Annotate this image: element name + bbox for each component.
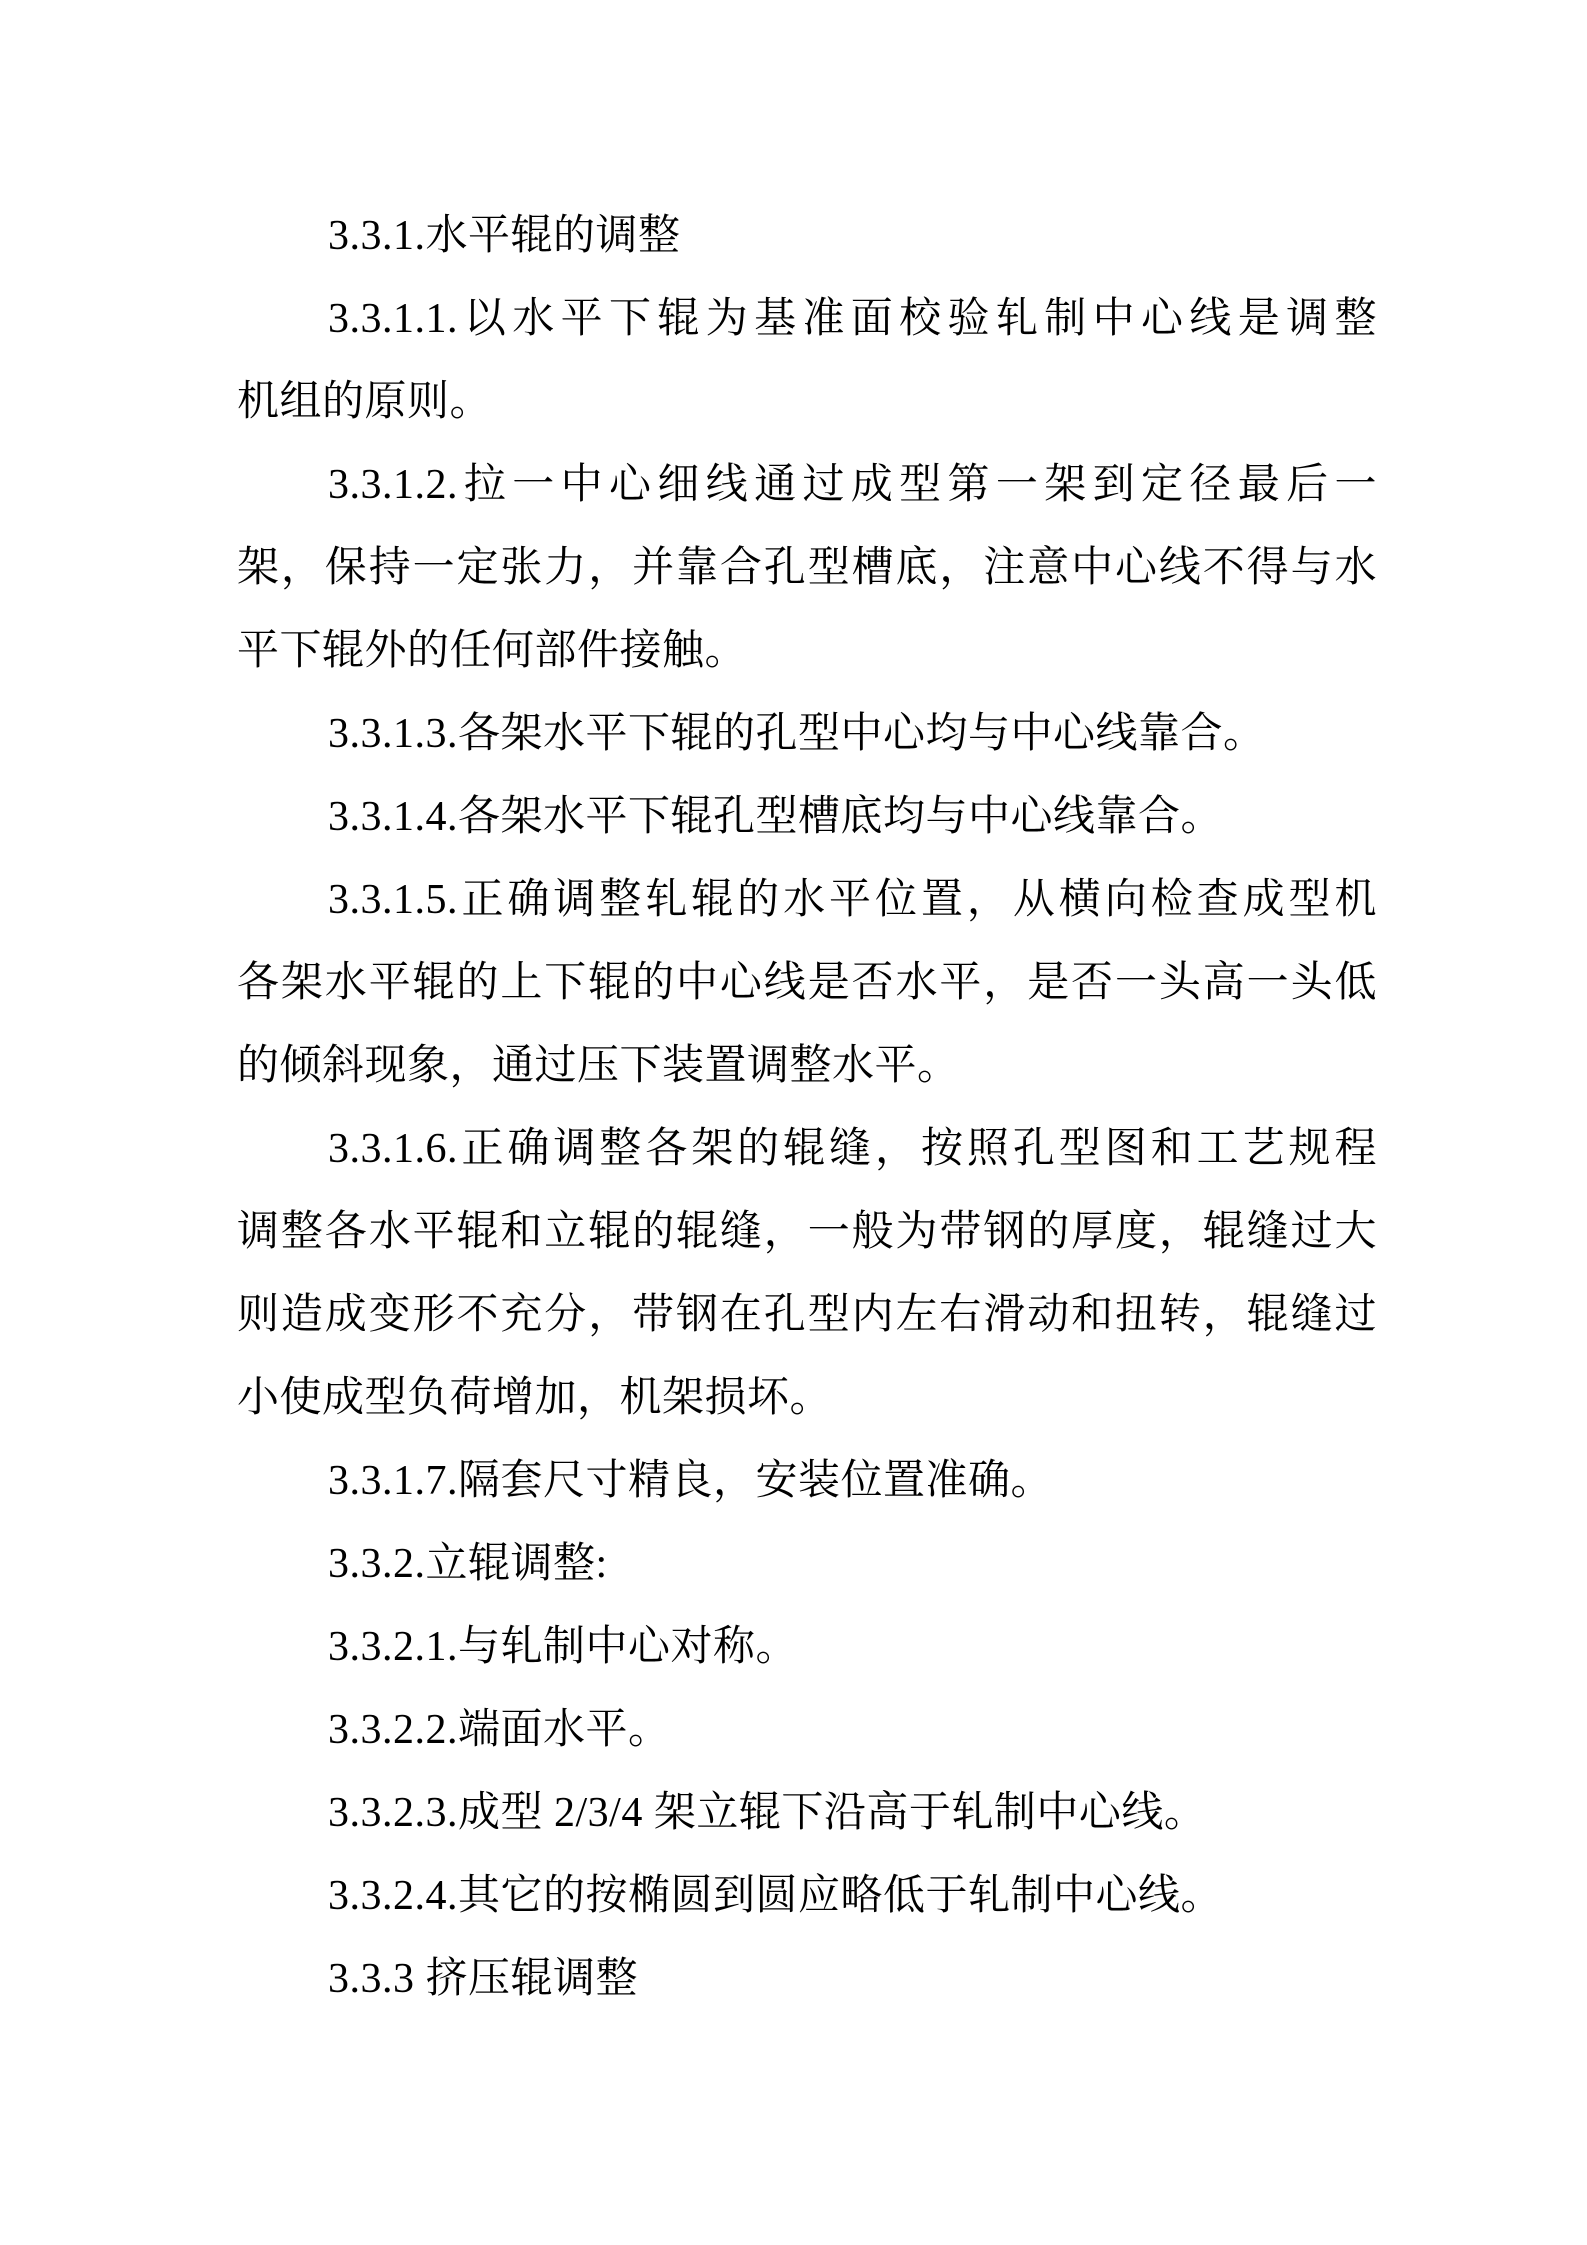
doc-line: 3.3.1.7.隔套尺寸精良，安装位置准确。 [237,1440,1377,1523]
doc-line: 3.3.1.4.各架水平下辊孔型槽底均与中心线靠合。 [237,776,1377,859]
doc-line: 各架水平辊的上下辊的中心线是否水平，是否一头高一头低 [237,942,1377,1025]
document-page: 3.3.1.水平辊的调整 3.3.1.1.以水平下辊为基准面校验轧制中心线是调整… [0,0,1587,2245]
doc-line: 3.3.2.2.端面水平。 [237,1689,1377,1772]
document-text-block: 3.3.1.水平辊的调整 3.3.1.1.以水平下辊为基准面校验轧制中心线是调整… [237,195,1377,2021]
doc-line: 3.3.2.立辊调整: [237,1523,1377,1606]
doc-line: 机组的原则。 [237,361,1377,444]
doc-line: 3.3.1.1.以水平下辊为基准面校验轧制中心线是调整 [237,278,1377,361]
doc-line: 的倾斜现象，通过压下装置调整水平。 [237,1025,1377,1108]
doc-line: 调整各水平辊和立辊的辊缝，一般为带钢的厚度，辊缝过大 [237,1191,1377,1274]
doc-line: 3.3.2.3.成型 2/3/4 架立辊下沿高于轧制中心线。 [237,1772,1377,1855]
doc-line: 平下辊外的任何部件接触。 [237,610,1377,693]
doc-line: 3.3.1.3.各架水平下辊的孔型中心均与中心线靠合。 [237,693,1377,776]
doc-line: 3.3.1.5.正确调整轧辊的水平位置，从横向检查成型机 [237,859,1377,942]
doc-line: 3.3.1.水平辊的调整 [237,195,1377,278]
doc-line: 3.3.2.4.其它的按椭圆到圆应略低于轧制中心线。 [237,1855,1377,1938]
doc-line: 3.3.1.2.拉一中心细线通过成型第一架到定径最后一 [237,444,1377,527]
doc-line: 架，保持一定张力，并靠合孔型槽底，注意中心线不得与水 [237,527,1377,610]
doc-line: 3.3.1.6.正确调整各架的辊缝，按照孔型图和工艺规程 [237,1108,1377,1191]
doc-line: 小使成型负荷增加，机架损坏。 [237,1357,1377,1440]
doc-line: 3.3.3 挤压辊调整 [237,1938,1377,2021]
doc-line: 3.3.2.1.与轧制中心对称。 [237,1606,1377,1689]
doc-line: 则造成变形不充分，带钢在孔型内左右滑动和扭转，辊缝过 [237,1274,1377,1357]
